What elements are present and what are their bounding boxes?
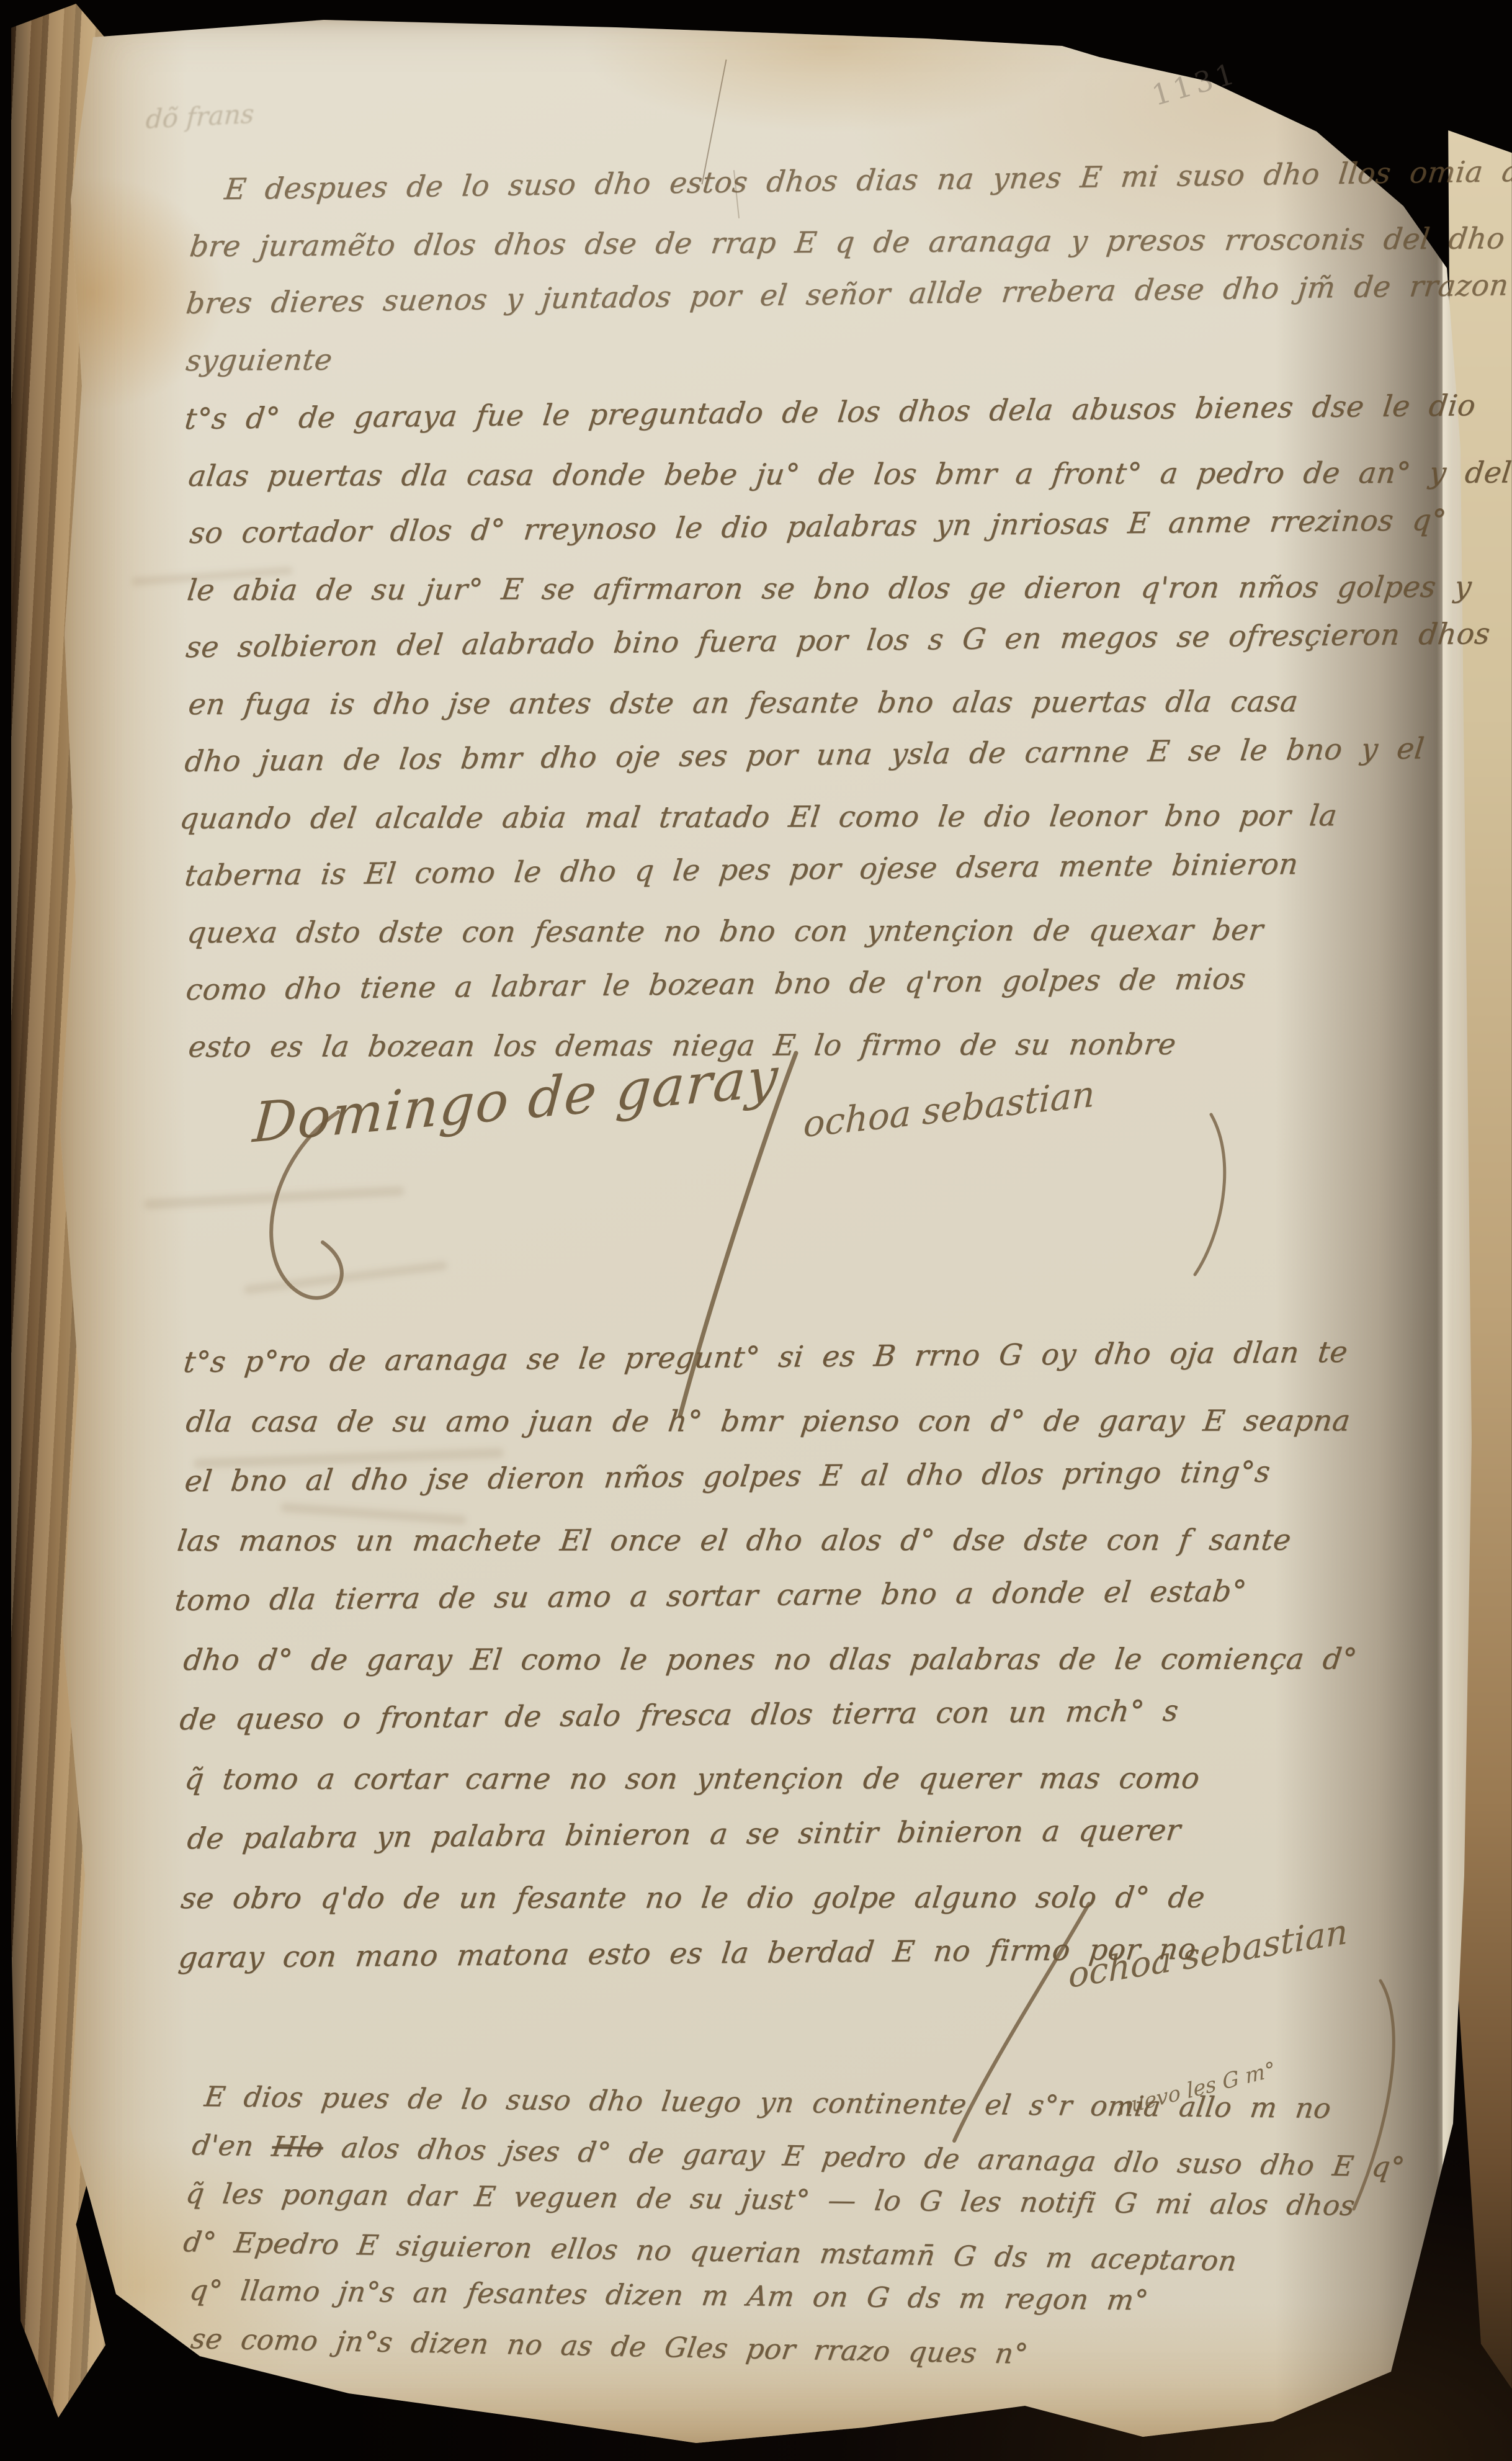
handwritten-line: q° llamo jn°s an fesantes dizen m Am on … [187,2274,1150,2316]
handwritten-line: las manos un machete El once el dho alos… [176,1523,1293,1558]
handwritten-line: de queso o frontar de salo fresca dlos t… [178,1694,1181,1737]
handwritten-line: como dho tiene a labrar le bozean bno de… [184,962,1248,1007]
handwritten-line: garay con mano matona esto es la berdad … [177,1932,1198,1975]
handwritten-line: el bno al dho jse dieron nm̃os golpes E … [183,1455,1272,1499]
handwritten-line: alas puertas dla casa donde bebe ju° de … [187,455,1512,493]
handwritten-line: tomo dla tierra de su amo a sortar carne… [173,1574,1248,1618]
handwritten-line: bre juramẽto dlos dhos dse de rrap E q d… [188,220,1512,264]
handwritten-line: quexa dsto dste con fesante no bno con y… [186,913,1265,950]
handwritten-line: d'en Hlo alos dhos jses d° de garay E pe… [190,2128,1407,2184]
handwritten-line: taberna is El como le dho q le pes por o… [183,847,1300,893]
handwritten-line: se obro q'do de un fesante no le dio gol… [179,1881,1207,1916]
handwritten-line: en fuga is dho jse antes dste an fesante… [187,684,1300,722]
line-fragment: alos dhos jses d° de garay E pedro de ar… [321,2131,1407,2184]
manuscript-photo: E despues de lo suso dho estos dhos dias… [0,0,1512,2461]
handwritten-line: d° Epedro E siguieron ellos no querian m… [181,2225,1239,2277]
handwritten-line: t°s p°ro de aranaga se le pregunt° si es… [182,1335,1349,1379]
handwritten-line: de palabra yn palabra binieron a se sint… [186,1813,1183,1856]
handwritten-line: bres dieres suenos y juntados por el señ… [184,266,1512,321]
handwritten-line: q̃ tomo a cortar carne no son yntençion … [183,1762,1202,1796]
handwritten-line: syguiente [184,343,334,378]
line-fragment: d'en [190,2128,274,2163]
handwritten-line: t°s d° de garaya fue le preguntado de lo… [183,388,1477,436]
handwritten-line: quando del alcalde abia mal tratado El c… [178,799,1339,836]
handwritten-line: E despues de lo suso dho estos dhos dias… [223,153,1512,207]
strikethrough-word: Hlo [270,2130,326,2163]
handwritten-line: so cortador dlos d° rreynoso le dio pala… [188,503,1448,550]
handwriting-layer: E despues de lo suso dho estos dhos dias… [0,0,1512,2461]
margin-annotation: dõ frans [145,99,255,135]
handwritten-line: se solbieron del alabrado bino fuera por… [184,617,1492,665]
handwritten-line: dho d° de garay El como le pones no dlas… [182,1642,1359,1677]
handwritten-line: q̃ les pongan dar E veguen de su just° —… [184,2177,1357,2222]
handwritten-line: dla casa de su amo juan de h° bmr pienso… [184,1404,1353,1439]
handwritten-line: se como jn°s dizen no as de Gles por rra… [189,2322,1030,2370]
handwritten-line: dho juan de los bmr dho oje ses por una … [183,732,1426,779]
handwritten-line: le abia de su jur° E se afirmaron se bno… [186,570,1474,607]
